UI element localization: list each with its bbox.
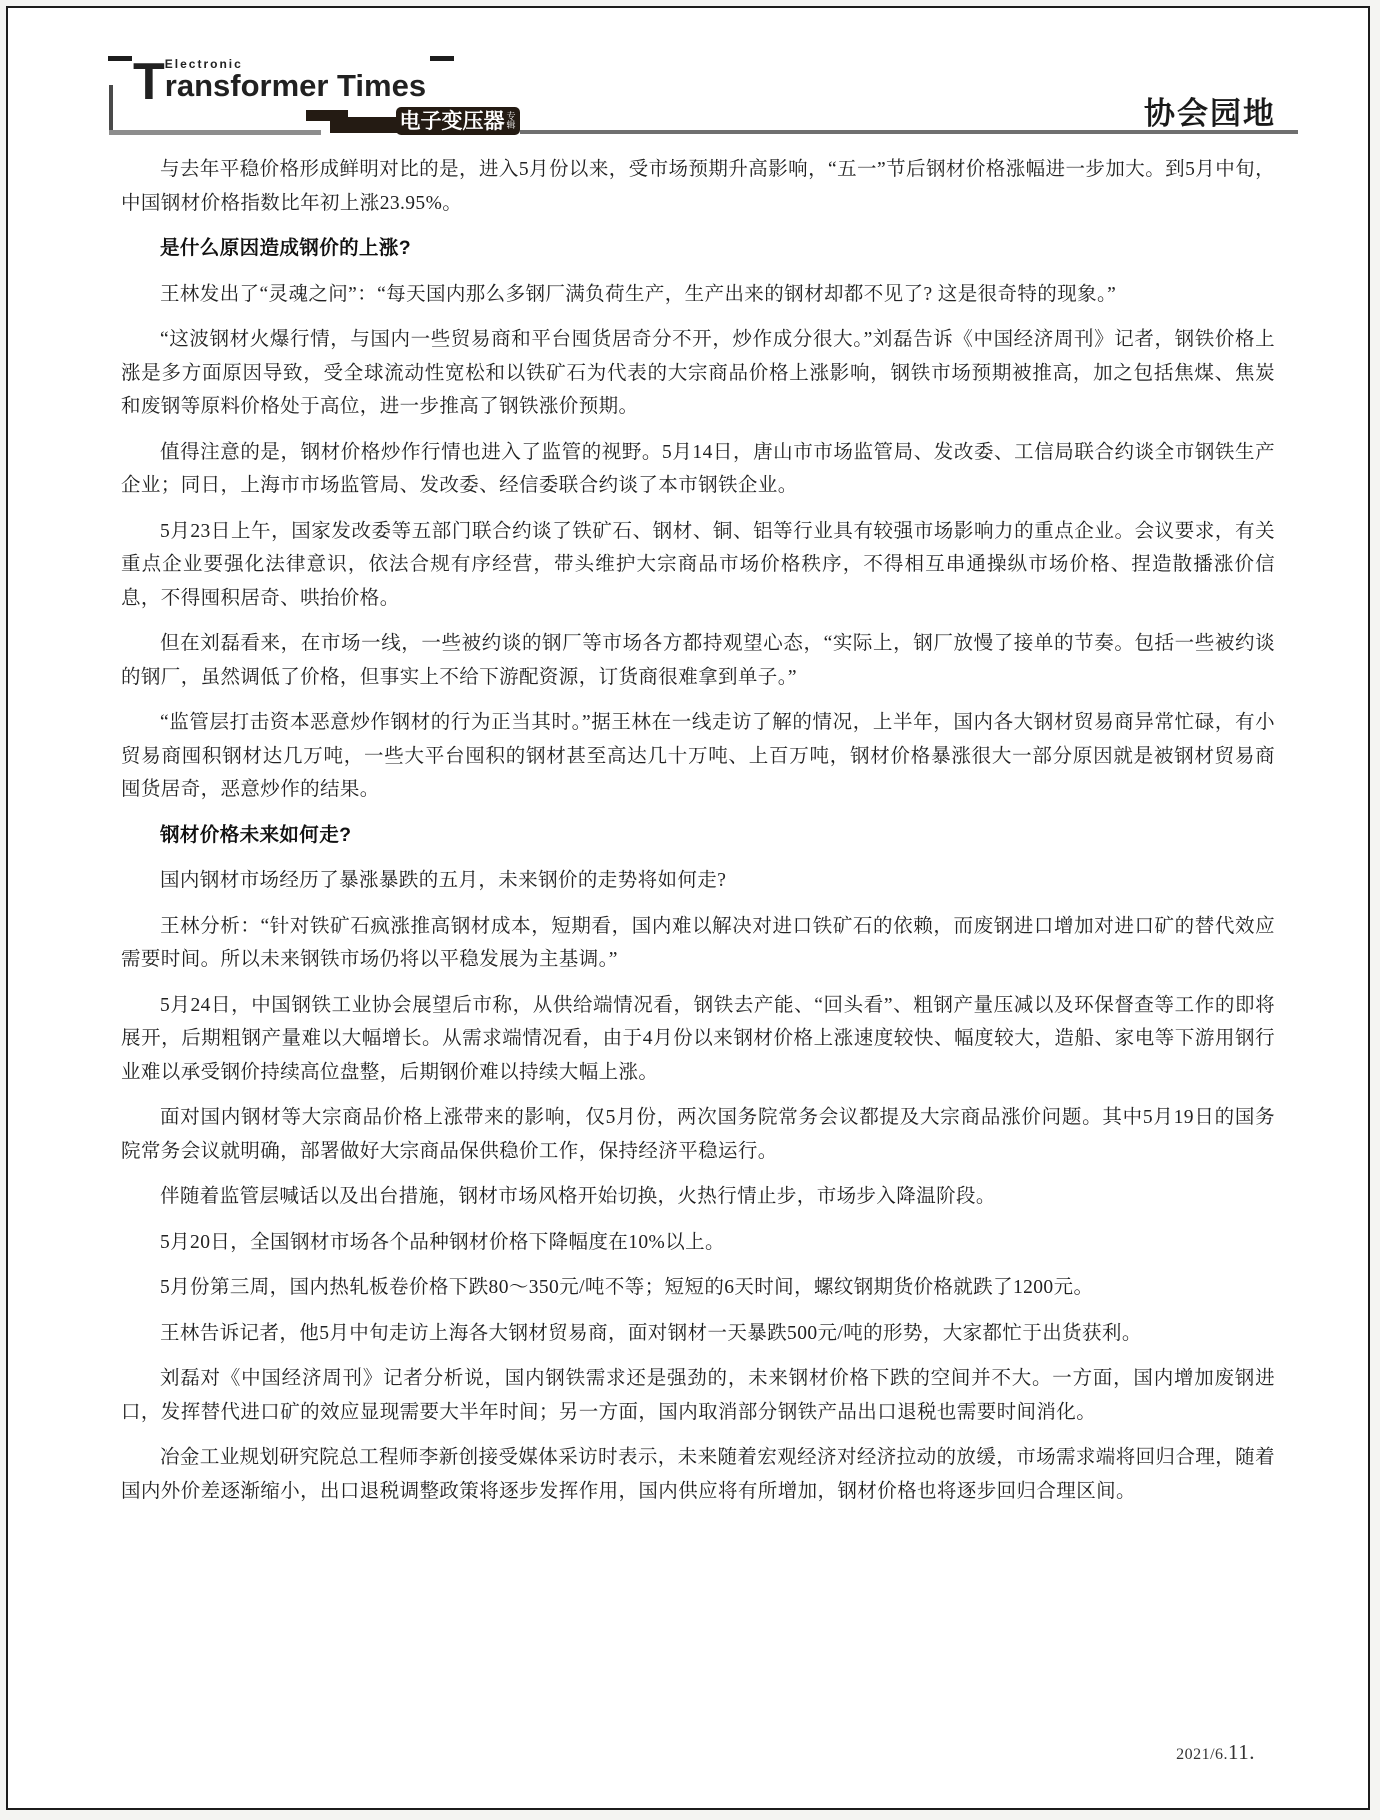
article-paragraph: 刘磊对《中国经济周刊》记者分析说，国内钢铁需求还是强劲的，未来钢材价格下跌的空间…: [121, 1362, 1275, 1429]
article-paragraph: 5月23日上午，国家发改委等五部门联合约谈了铁矿石、钢材、铜、铝等行业具有较强市…: [121, 515, 1275, 616]
logo-left-dash: [108, 56, 132, 61]
page-header: TElectronicransformer Times 电子变压器 专辑 协会园…: [8, 8, 1368, 148]
section-heading: 钢材价格未来如何走?: [121, 819, 1275, 853]
magazine-logo: TElectronicransformer Times: [108, 56, 454, 108]
footer-issue: 2021/6.: [1176, 1746, 1228, 1763]
section-title: 协会园地: [1144, 98, 1276, 130]
footer-page-number: 11.: [1228, 1740, 1255, 1764]
header-rule-left: [109, 130, 321, 135]
article-paragraph: 王林告诉记者，他5月中旬走访上海各大钢材贸易商，面对钢材一天暴跌500元/吨的形…: [121, 1317, 1275, 1351]
badge-step-block-2: [330, 117, 402, 133]
article-paragraph: 5月20日，全国钢材市场各个品种钢材价格下降幅度在10%以上。: [121, 1226, 1275, 1260]
article-paragraph: “监管层打击资本恶意炒作钢材的行为正当其时。”据王林在一线走访了解的情况，上半年…: [121, 706, 1275, 807]
badge-suffix-vertical: 专辑: [507, 112, 517, 131]
section-heading: 是什么原因造成钢价的上涨?: [121, 232, 1275, 266]
badge-label: 电子变压器: [400, 111, 505, 132]
article-paragraph: 王林分析：“针对铁矿石疯涨推高钢材成本，短期看，国内难以解决对进口铁矿石的依赖，…: [121, 910, 1275, 977]
article-paragraph: 冶金工业规划研究院总工程师李新创接受媒体采访时表示，未来随着宏观经济对经济拉动的…: [121, 1441, 1275, 1508]
logo-rest-word: ransformer Times: [165, 70, 426, 102]
article-paragraph: 国内钢材市场经历了暴涨暴跌的五月，未来钢价的走势将如何走?: [121, 864, 1275, 898]
article-paragraph: 王林发出了“灵魂之问”：“每天国内那么多钢厂满负荷生产，生产出来的钢材却都不见了…: [121, 278, 1275, 312]
page-frame: TElectronicransformer Times 电子变压器 专辑 协会园…: [6, 6, 1370, 1810]
logo-right-dash: [430, 56, 454, 61]
logo-text-column: Electronicransformer Times: [165, 56, 426, 102]
article-body: 与去年平稳价格形成鲜明对比的是，进入5月份以来，受市场预期升高影响，“五一”节后…: [121, 153, 1275, 1520]
article-paragraph: 5月份第三周，国内热轧板卷价格下跌80～350元/吨不等；短短的6天时间，螺纹钢…: [121, 1271, 1275, 1305]
logo-initial: T: [133, 53, 163, 111]
magazine-badge: 电子变压器 专辑: [396, 107, 520, 135]
article-paragraph: 伴随着监管层喊话以及出台措施，钢材市场风格开始切换，火热行情止步，市场步入降温阶…: [121, 1180, 1275, 1214]
article-paragraph: 与去年平稳价格形成鲜明对比的是，进入5月份以来，受市场预期升高影响，“五一”节后…: [121, 153, 1275, 220]
article-paragraph: “这波钢材火爆行情，与国内一些贸易商和平台囤货居奇分不开，炒作成分很大。”刘磊告…: [121, 323, 1275, 424]
article-paragraph: 但在刘磊看来，在市场一线，一些被约谈的钢厂等市场各方都持观望心态，“实际上，钢厂…: [121, 627, 1275, 694]
article-paragraph: 值得注意的是，钢材价格炒作行情也进入了监管的视野。5月14日，唐山市市场监管局、…: [121, 436, 1275, 503]
article-paragraph: 面对国内钢材等大宗商品价格上涨带来的影响，仅5月份，两次国务院常务会议都提及大宗…: [121, 1101, 1275, 1168]
page-footer: 2021/6.11.: [1176, 1740, 1255, 1765]
article-paragraph: 5月24日，中国钢铁工业协会展望后市称，从供给端情况看，钢铁去产能、“回头看”、…: [121, 989, 1275, 1090]
header-bracket-vertical-line: [109, 85, 113, 134]
